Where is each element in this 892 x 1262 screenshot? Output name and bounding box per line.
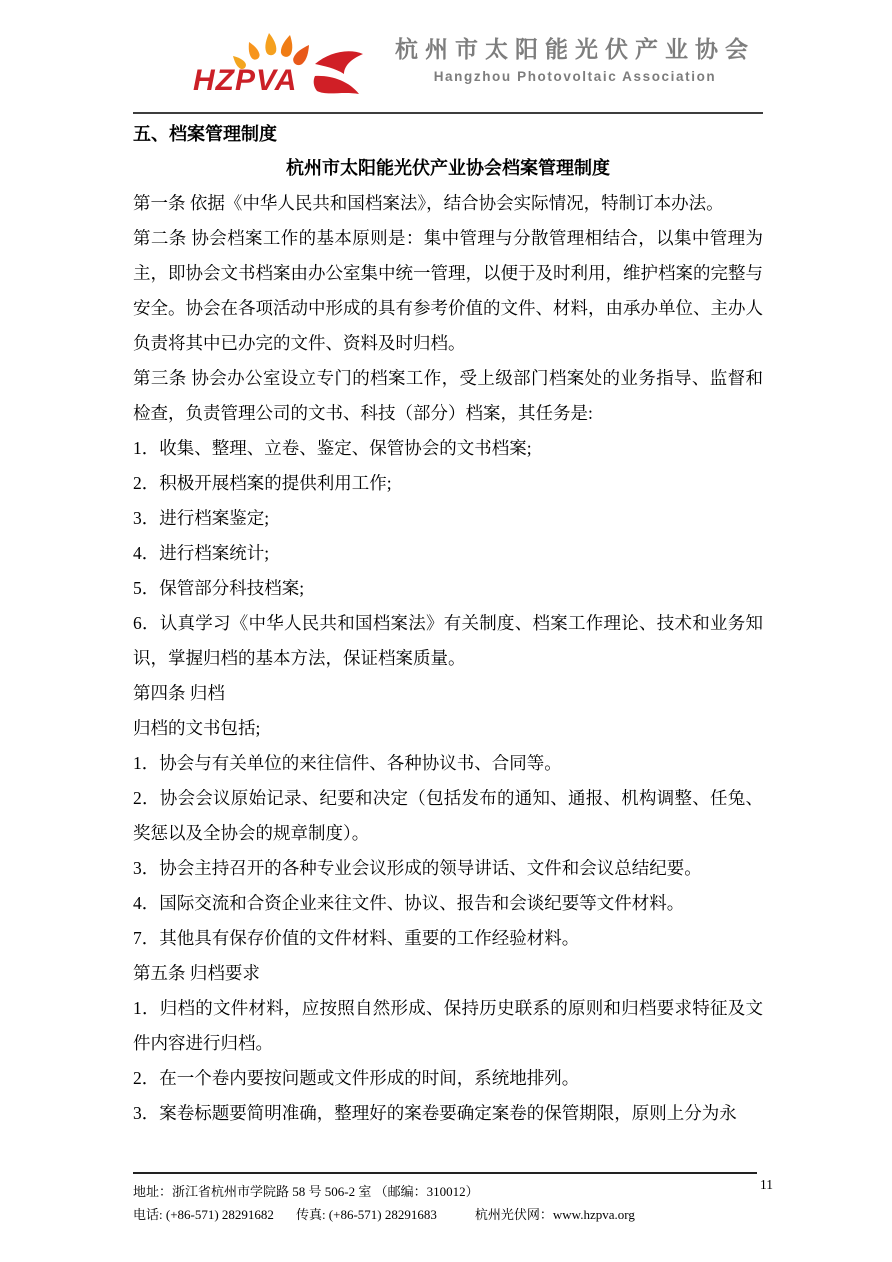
paragraph: 第四条 归档 [133, 676, 763, 711]
paragraph: 归档的文书包括; [133, 711, 763, 746]
paragraph: 2．积极开展档案的提供利用工作; [133, 466, 763, 501]
paragraph: 5．保管部分科技档案; [133, 571, 763, 606]
paragraph: 4．进行档案统计; [133, 536, 763, 571]
hzpva-logo-icon: HZPVA [191, 18, 369, 96]
paragraph: 第二条 协会档案工作的基本原则是：集中管理与分散管理相结合，以集中管理为主，即协… [133, 221, 763, 361]
paragraph: 1．收集、整理、立卷、鉴定、保管协会的文书档案; [133, 431, 763, 466]
paragraph: 1．归档的文件材料，应按照自然形成、保持历史联系的原则和归档要求特征及文件内容进… [133, 991, 763, 1061]
paragraph: 3．协会主持召开的各种专业会议形成的领导讲话、文件和会议总结纪要。 [133, 851, 763, 886]
big-flame-icon [314, 51, 363, 94]
page-number: 11 [760, 1177, 773, 1193]
org-name-english: Hangzhou Photovoltaic Association [395, 69, 755, 84]
paragraph: 1．协会与有关单位的来往信件、各种协议书、合同等。 [133, 746, 763, 781]
org-name-chinese: 杭州市太阳能光伏产业协会 [395, 31, 755, 64]
footer-fax: 传真: (+86-571) 28291683 [296, 1207, 437, 1222]
footer-website: 杭州光伏网：www.hzpva.org [475, 1207, 635, 1222]
page-header: HZPVA 杭州市太阳能光伏产业协会 Hangzhou Photovoltaic… [133, 0, 763, 114]
doc-title: 杭州市太阳能光伏产业协会档案管理制度 [133, 151, 763, 186]
paragraph: 第三条 协会办公室设立专门的档案工作，受上级部门档案处的业务指导、监督和检查，负… [133, 361, 763, 431]
footer-phone: 电话: (+86-571) 28291682 [133, 1207, 274, 1222]
document-body: 五、档案管理制度 杭州市太阳能光伏产业协会档案管理制度 第一条 依据《中华人民共… [133, 117, 763, 1131]
footer-rule [133, 1172, 757, 1174]
paragraph: 2．在一个卷内要按问题或文件形成的时间，系统地排列。 [133, 1061, 763, 1096]
paragraphs-container: 第一条 依据《中华人民共和国档案法》，结合协会实际情况，特制订本办法。第二条 协… [133, 186, 763, 1131]
section-heading: 五、档案管理制度 [133, 117, 763, 151]
page-footer: 地址：浙江省杭州市学院路 58 号 506-2 室 （邮编：310012） 电话… [133, 1181, 763, 1226]
paragraph: 3．进行档案鉴定; [133, 501, 763, 536]
logo-wordmark: HZPVA [193, 64, 297, 96]
paragraph: 7．其他具有保存价值的文件材料、重要的工作经验材料。 [133, 921, 763, 956]
footer-address-line: 地址：浙江省杭州市学院路 58 号 506-2 室 （邮编：310012） [133, 1181, 763, 1204]
footer-contact-line: 电话: (+86-571) 28291682传真: (+86-571) 2829… [133, 1204, 763, 1227]
paragraph: 4．国际交流和合资企业来往文件、协议、报告和会谈纪要等文件材料。 [133, 886, 763, 921]
org-names: 杭州市太阳能光伏产业协会 Hangzhou Photovoltaic Assoc… [395, 31, 755, 84]
paragraph: 2．协会会议原始记录、纪要和决定（包括发布的通知、通报、机构调整、任兔、奖惩以及… [133, 781, 763, 851]
paragraph: 第五条 归档要求 [133, 956, 763, 991]
document-page: HZPVA 杭州市太阳能光伏产业协会 Hangzhou Photovoltaic… [0, 0, 892, 1262]
paragraph: 第一条 依据《中华人民共和国档案法》，结合协会实际情况，特制订本办法。 [133, 186, 763, 221]
paragraph: 3．案卷标题要简明准确，整理好的案卷要确定案卷的保管期限，原则上分为永 [133, 1096, 763, 1131]
header-inner: HZPVA 杭州市太阳能光伏产业协会 Hangzhou Photovoltaic… [133, 0, 763, 96]
paragraph: 6．认真学习《中华人民共和国档案法》有关制度、档案工作理论、技术和业务知识，掌握… [133, 606, 763, 676]
